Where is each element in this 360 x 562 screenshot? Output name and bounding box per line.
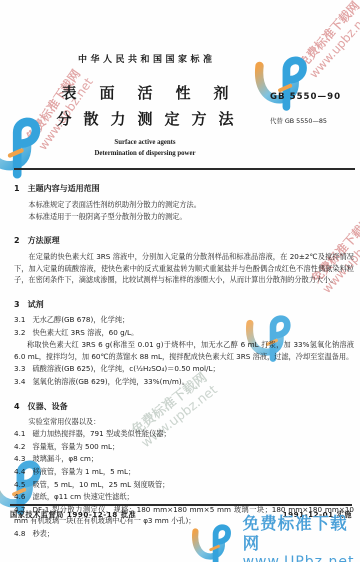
section-heading: 2方法原理 xyxy=(14,235,352,246)
replaces-note: 代替 GB 5550—85 xyxy=(270,116,327,125)
list-item: 3.2快色素大红 3RS 溶液，60 g/L。 xyxy=(14,327,354,339)
standard-title-cn-2: 分散力测定方法 xyxy=(14,108,276,129)
section-reagents: 3试剂 3.1无水乙醇(GB 678)，化学纯； 3.2快色素大红 3RS 溶液… xyxy=(14,299,352,388)
section-heading: 3试剂 xyxy=(14,299,352,310)
header-rule xyxy=(14,168,355,170)
paragraph: 本标准规定了表面活性剂纺织助剂分散力的测定方法。 xyxy=(14,199,354,211)
list-item: 4.3玻璃漏斗，φ8 cm； xyxy=(14,453,354,465)
standard-header: 中华人民共和国国家标准 表面活性剂 分散力测定方法 Surface active… xyxy=(14,52,352,159)
upbz-brand-watermark: 免费标准下载网 www.UPbz.net xyxy=(183,514,360,562)
standard-number: GB 5550—90 xyxy=(270,92,341,102)
authority-line: 中华人民共和国国家标准 xyxy=(14,52,276,65)
list-item: 4.1磁力加热搅拌器，791 型或类似性能仪器； xyxy=(14,428,354,440)
section-principle: 2方法原理 在定量的快色素大红 3RS 溶液中，分别加入定量的分散剂样品和标准品… xyxy=(14,235,352,286)
approval-note: 国家技术监督局 1990-12-18 批准 xyxy=(10,510,136,520)
standard-title-cn-1: 表面活性剂 xyxy=(14,82,276,103)
list-item: 4.2容量瓶，容量为 500 mL； xyxy=(14,441,354,453)
document-page: 免费标准下载网 www.upbz.net 免费标准下载网 www.upbz.ne… xyxy=(0,0,360,562)
upbz-logo-icon xyxy=(183,518,239,562)
list-item: 3.1无水乙醇(GB 678)，化学纯； xyxy=(14,314,354,326)
standard-title-en-1: Surface active agents xyxy=(14,137,276,148)
list-item: 3.3硫酸溶液(GB 625)，化学纯，c(½H₂SO₄)＝0.50 mol/L… xyxy=(14,363,354,375)
paragraph: 在定量的快色素大红 3RS 溶液中，分别加入定量的分散剂样品和标准品溶液，在 2… xyxy=(14,251,354,286)
brand-site-url: www.UPbz.net xyxy=(243,554,360,562)
list-item-continuation: 称取快色素大红 3RS 6 g(称准至 0.01 g)于烧杯中，加无水乙醇 6 … xyxy=(14,339,354,362)
list-item: 3.4氢氧化钠溶液(GB 629)，化学纯，33%(m/m)。 xyxy=(14,376,354,388)
section-intro: 实验室常用仪器以及： xyxy=(14,416,352,428)
brand-site-name: 免费标准下载网 xyxy=(243,514,360,554)
list-item: 4.6滤纸，φ11 cm 快速定性滤纸； xyxy=(14,491,354,503)
standard-title-en-2: Determination of dispersing power xyxy=(14,148,276,159)
list-item: 4.4移液管，容量为 1 mL，5 mL； xyxy=(14,466,354,478)
section-heading: 4仪器、设备 xyxy=(14,401,352,412)
section-heading: 1主题内容与适用范围 xyxy=(14,183,352,194)
paragraph: 本标准适用于一般阴离子型分散剂分散力的测定。 xyxy=(14,211,354,223)
list-item: 4.5吸管，5 mL，10 mL，25 mL 刻度吸管； xyxy=(14,479,354,491)
document-content: 中华人民共和国国家标准 表面活性剂 分散力测定方法 Surface active… xyxy=(0,0,360,539)
section-scope: 1主题内容与适用范围 本标准规定了表面活性剂纺织助剂分散力的测定方法。 本标准适… xyxy=(14,183,352,222)
